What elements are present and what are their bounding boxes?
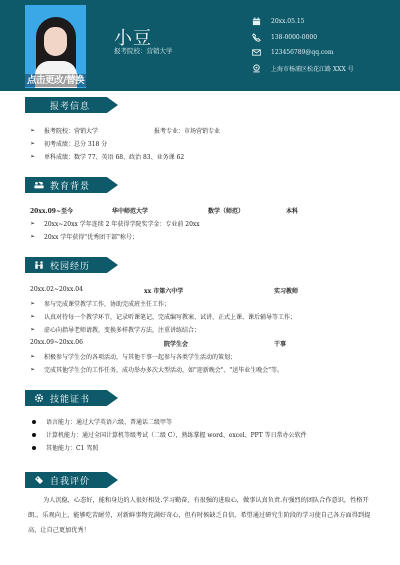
birthday-text: 20xx.05.15 (271, 18, 305, 25)
arrow-bullet-icon: ➢ (30, 233, 40, 240)
contact-address: 上海市杨浦区松花江路 XXX 号 (252, 61, 354, 77)
arrow-bullet-icon: ➢ (30, 366, 40, 373)
list-item: ➢ 20xx 学年获得"优秀团干部"称号； (30, 232, 138, 241)
education-period: 20xx.09~至今 (30, 206, 73, 215)
section-title-application: 报考信息 (25, 97, 118, 113)
photo-face (44, 27, 67, 56)
self-evaluation-text: 为人沉稳，心态好，能和身边的人很好相处.学习勤奋，有很强的进取心，做事认真负责.… (28, 493, 373, 538)
target-school-subtitle: 报考院校：营销大学 (114, 46, 173, 55)
resume-header: 点击更改/替换 小豆 报考院校：营销大学 20xx.05.15 138-0000… (0, 0, 400, 91)
arrow-bullet-icon: ➢ (30, 153, 40, 160)
section-self-eval-label: 自我评价 (50, 474, 90, 487)
arrow-bullet-icon: ➢ (30, 140, 40, 147)
section-title-education: 教育背景 (25, 177, 118, 193)
section-skills-label: 技能证书 (50, 392, 90, 405)
campus-item-text: 完成其他学生会的工作任务，成功举办多次大型活动，如"迎新晚会"、"送毕业生晚会"… (44, 365, 283, 374)
people-icon (34, 260, 44, 270)
list-item: ➢ 参与完成课堂教学工作，协助完成班主任工作； (30, 299, 170, 308)
campus-item-text: 认真对待每一个教学环节，记录听课笔记，完成编写教案、试讲、正式上课、课后辅导等工… (44, 312, 296, 321)
section-application-label: 报考信息 (50, 99, 90, 112)
skill-text: 其他能力：C1 驾照 (46, 443, 98, 452)
calendar-icon (252, 17, 261, 26)
change-photo-button[interactable]: 点击更改/替换 (25, 74, 86, 87)
education-school: 华中师范大学 (112, 206, 148, 215)
dot-bullet-icon (32, 446, 36, 450)
application-school: 报考院校：营销大学 (44, 126, 154, 135)
list-item: 语言能力：通过大学英语六级、普通话二级甲等 (30, 417, 172, 426)
arrow-bullet-icon: ➢ (30, 353, 40, 360)
arrow-bullet-icon: ➢ (30, 300, 40, 307)
contact-email: 123456789@qq.com (252, 45, 354, 61)
list-item: ➢ 认真对待每一个教学环节，记录听课笔记，完成编写教案、试讲、正式上课、课后辅导… (30, 312, 296, 321)
list-item: 其他能力：C1 驾照 (30, 443, 98, 452)
dot-bullet-icon (32, 433, 36, 437)
graduates-icon (34, 180, 44, 190)
phone-text: 138-0000-0000 (271, 34, 317, 41)
phone-icon (252, 33, 261, 42)
section-education-label: 教育背景 (50, 179, 90, 192)
list-item: ➢ 积极参与学生会的各项活动，与其他干事一起参与各类学生活动的策划； (30, 352, 236, 361)
skill-text: 语言能力：通过大学英语六级、普通话二级甲等 (46, 417, 172, 426)
campus-item-text: 积极参与学生会的各项活动，与其他干事一起参与各类学生活动的策划； (44, 352, 236, 361)
list-item: ➢ 虚心向指导老师请教，变换多样教学方法，注重讲练结合； (30, 325, 200, 334)
list-item: ➢ 单科成绩：数学 77、英语 68、政治 83、业务课 62 (30, 152, 184, 161)
campus-role: 实习教师 (274, 286, 298, 295)
education-award: 20xx~20xx 学年连续 2 年获得学院奖学金：专业前 20xx (44, 219, 200, 228)
application-subject-scores: 单科成绩：数学 77、英语 68、政治 83、业务课 62 (44, 152, 184, 161)
list-item: ➢ 20xx~20xx 学年连续 2 年获得学院奖学金：专业前 20xx (30, 219, 200, 228)
gear-icon (34, 393, 44, 403)
section-title-campus: 校园经历 (25, 257, 118, 273)
contact-list: 20xx.05.15 138-0000-0000 123456789@qq.co… (252, 14, 354, 76)
list-item: ➢ 初考成绩：总分 318 分 (30, 139, 107, 148)
campus-period: 20xx.02~20xx.04 (30, 286, 83, 293)
campus-period: 20xx.09~20xx.06 (30, 339, 83, 346)
education-honor: 20xx 学年获得"优秀团干部"称号； (44, 232, 138, 241)
application-major: 报考专业：市场营销专业 (154, 126, 220, 135)
section-title-skills: 技能证书 (25, 390, 118, 406)
email-text: 123456789@qq.com (271, 49, 334, 56)
education-major: 数学（师范） (208, 206, 244, 215)
dot-bullet-icon (32, 420, 36, 424)
contact-birthday: 20xx.05.15 (252, 14, 354, 30)
campus-org: xx 市第六中学 (144, 286, 183, 295)
section-title-self-eval: 自我评价 (25, 472, 118, 488)
arrow-bullet-icon: ➢ (30, 127, 40, 134)
arrow-bullet-icon: ➢ (30, 220, 40, 227)
tag-icon (34, 475, 44, 485)
arrow-bullet-icon: ➢ (30, 326, 40, 333)
list-item: 计算机能力：通过全国计算机等级考试（二级 C），熟练掌握 word、excel、… (30, 430, 307, 439)
address-text: 上海市杨浦区松花江路 XXX 号 (271, 64, 354, 73)
section-campus-label: 校园经历 (50, 259, 90, 272)
skill-text: 计算机能力：通过全国计算机等级考试（二级 C），熟练掌握 word、excel、… (46, 430, 307, 439)
list-item: ➢ 完成其他学生会的工作任务，成功举办多次大型活动，如"迎新晚会"、"送毕业生晚… (30, 365, 283, 374)
list-item: ➢ 报考院校：营销大学 报考专业：市场营销专业 (30, 126, 220, 135)
campus-item-text: 虚心向指导老师请教，变换多样教学方法，注重讲练结合； (44, 325, 200, 334)
application-total-score: 初考成绩：总分 318 分 (44, 139, 107, 148)
campus-item-text: 参与完成课堂教学工作，协助完成班主任工作； (44, 299, 170, 308)
education-degree: 本科 (286, 206, 298, 215)
campus-role: 干事 (274, 339, 286, 348)
profile-photo[interactable]: 点击更改/替换 (25, 5, 86, 88)
location-icon (252, 64, 261, 73)
arrow-bullet-icon: ➢ (30, 313, 40, 320)
contact-phone: 138-0000-0000 (252, 30, 354, 46)
campus-org: 院学生会 (164, 339, 188, 348)
mail-icon (252, 48, 261, 57)
